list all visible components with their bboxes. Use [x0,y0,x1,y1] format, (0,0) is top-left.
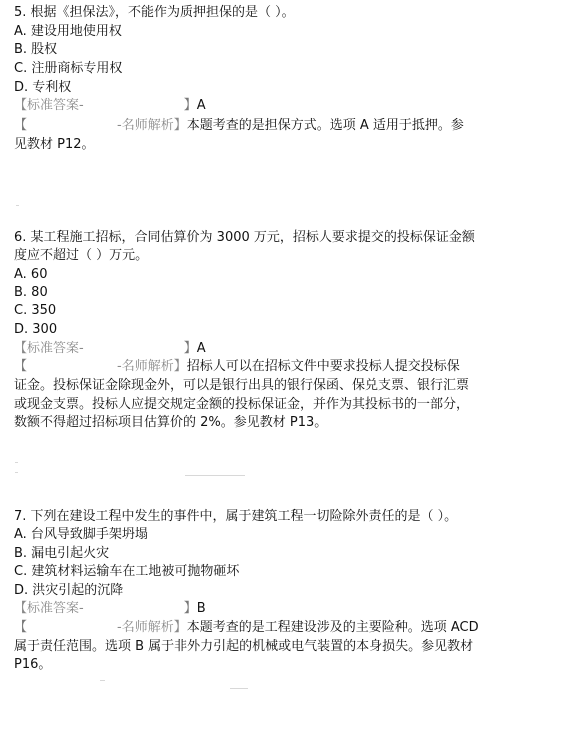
analysis-label: -名师解析】 [117,359,187,374]
analysis-text-line-3: P16。 [14,656,51,674]
answer-value: A [197,98,206,113]
option-a: A. 60 [14,266,47,284]
analysis-text-line-2: 属于责任范围。选项 B 属于非外力引起的机械或电气装置的本身损失。参见教材 [14,638,473,656]
answer-label: 【标准答案- [14,98,84,113]
analysis-open-bracket: 【 [14,359,27,374]
answer-close-bracket: 】 [184,98,197,113]
analysis-text-line-2: 证金。投标保证金除现金外，可以是银行出具的银行保函、保兑支票、银行汇票 [14,377,469,395]
option-d: D. 300 [14,321,57,339]
analysis: 【-名师解析】招标人可以在招标文件中要求投标人提交投标保 [14,358,460,376]
question-stem-line-1: 6. 某工程施工招标，合同估算价为 3000 万元，招标人要求提交的投标保证金额 [14,229,475,247]
analysis-open-bracket: 【 [14,620,27,635]
option-b: B. 股权 [14,41,57,59]
analysis: 【-名师解析】本题考查的是工程建设涉及的主要险种。选项 ACD [14,619,479,637]
scan-artifact [15,462,18,463]
analysis-text-line-4: 数额不得超过招标项目估算价的 2%。参见教材 P13。 [14,414,327,432]
scan-artifact [100,680,105,681]
option-a: A. 台风导致脚手架坍塌 [14,526,148,544]
option-b: B. 漏电引起火灾 [14,545,109,563]
standard-answer: 【标准答案-】A [14,340,206,358]
scan-artifact [230,688,248,689]
option-c: C. 350 [14,302,56,320]
analysis-text-line-1: 本题考查的是担保方式。选项 A 适用于抵押。参 [187,118,464,133]
answer-label: 【标准答案- [14,341,84,356]
analysis: 【-名师解析】本题考查的是担保方式。选项 A 适用于抵押。参 [14,117,464,135]
standard-answer: 【标准答案-】A [14,97,206,115]
question-stem-line-2: 度应不超过（ ）万元。 [14,247,148,265]
answer-close-bracket: 】 [184,341,197,356]
option-b: B. 80 [14,284,48,302]
standard-answer: 【标准答案-】B [14,600,206,618]
analysis-label: -名师解析】 [117,620,187,635]
analysis-text-line-3: 或现金支票。投标人应提交规定金额的投标保证金，并作为其投标书的一部分， [14,396,469,414]
question-stem: 7. 下列在建设工程中发生的事件中，属于建筑工程一切险除外责任的是（ ）。 [14,508,457,526]
scan-artifact [15,472,18,473]
analysis-text-line-1: 本题考查的是工程建设涉及的主要险种。选项 ACD [187,620,479,635]
option-c: C. 注册商标专用权 [14,60,122,78]
scan-artifact [185,475,245,476]
option-d: D. 专利权 [14,79,71,97]
analysis-text-line-2: 见教材 P12。 [14,136,95,154]
option-c: C. 建筑材料运输车在工地被可抛物砸坏 [14,563,239,581]
analysis-text-line-1: 招标人可以在招标文件中要求投标人提交投标保 [187,359,460,374]
answer-label: 【标准答案- [14,601,84,616]
scan-artifact [16,205,19,206]
analysis-open-bracket: 【 [14,118,27,133]
analysis-label: -名师解析】 [117,118,187,133]
option-d: D. 洪灾引起的沉降 [14,582,123,600]
answer-close-bracket: 】 [184,601,197,616]
answer-value: A [197,341,206,356]
answer-value: B [197,601,206,616]
question-stem: 5. 根据《担保法》，不能作为质押担保的是（ ）。 [14,4,295,22]
option-a: A. 建设用地使用权 [14,23,122,41]
